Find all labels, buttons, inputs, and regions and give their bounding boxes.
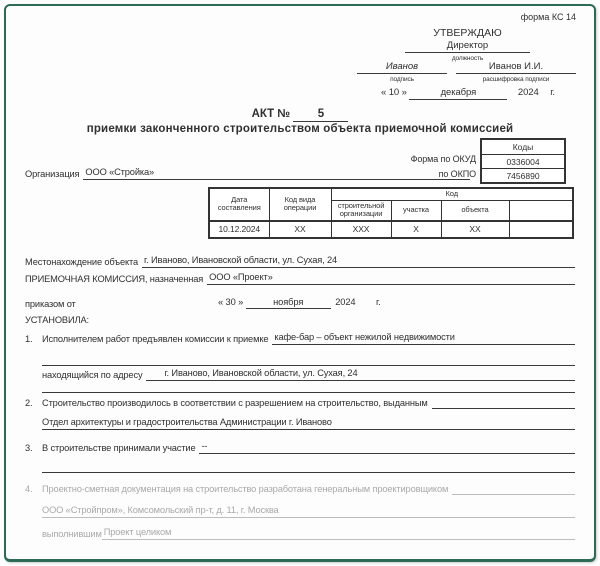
item-1-row: 1. Исполнителем работ предъявлен комисси… bbox=[25, 331, 575, 345]
location-label: Местонахождение объекта bbox=[25, 256, 142, 268]
order-date: « 30 » ноября 2024 г. bbox=[218, 297, 381, 309]
item-3-label: В строительстве принимали участие bbox=[42, 442, 199, 454]
item-1-blank-line bbox=[42, 352, 575, 366]
form-code-label: форма КС 14 bbox=[521, 12, 576, 22]
item-2-field-trailing bbox=[432, 407, 575, 409]
item-3-row: 3. В строительстве принимали участие -- bbox=[25, 440, 575, 454]
commission-label: ПРИЕМОЧНАЯ КОМИССИЯ, назначенная bbox=[25, 273, 207, 285]
item-1-label: Исполнителем работ предъявлен комиссии к… bbox=[42, 333, 272, 345]
item-3-number: 3. bbox=[25, 442, 42, 454]
info-table-subheader-empty bbox=[509, 200, 573, 221]
location-row: Местонахождение объекта г. Иваново, Иван… bbox=[25, 254, 575, 268]
item-4-field: ООО «Стройпром», Комсомольский пр-т, д. … bbox=[42, 504, 575, 518]
okpo-code-value: 7456890 bbox=[482, 168, 564, 182]
order-date-month-field: ноября bbox=[246, 297, 331, 309]
info-table-operation-value: ХХ bbox=[269, 221, 331, 238]
order-date-year: 2024 bbox=[335, 297, 355, 307]
act-title: АКТ № 5 bbox=[0, 108, 600, 122]
okud-label: Форма по ОКУД bbox=[340, 154, 476, 164]
item-1-field: кафе-бар – объект нежилой недвижимости bbox=[272, 331, 575, 345]
approval-date-day: « 10 » bbox=[381, 87, 407, 98]
approval-date: « 10 » декабря 2024 г. bbox=[381, 87, 555, 100]
item-4-performer-field: Проект целиком bbox=[102, 526, 575, 540]
item-2-label: Строительство производилось в соответств… bbox=[42, 397, 432, 409]
act-subtitle: приемки закoнченного строительством объе… bbox=[0, 123, 600, 135]
commission-row: ПРИЕМОЧНАЯ КОМИССИЯ, назначенная ООО «Пр… bbox=[25, 271, 575, 285]
info-table-subheader-object: объекта bbox=[441, 200, 509, 221]
approval-date-era: г. bbox=[550, 87, 555, 98]
approval-date-month-field: декабря bbox=[409, 87, 507, 100]
approval-date-year: 2024 bbox=[518, 87, 539, 98]
codes-box: Коды 0336004 7456890 bbox=[480, 138, 566, 184]
item-4-performer-label: выполнившим bbox=[42, 528, 102, 540]
info-table-empty-value bbox=[509, 221, 573, 238]
established-heading: УСТАНОВИЛА: bbox=[25, 314, 89, 326]
approval-title: УТВЕРЖДАЮ bbox=[405, 27, 530, 39]
okud-code-value: 0336004 bbox=[482, 154, 564, 168]
organization-label: Организация bbox=[25, 168, 83, 180]
item-2-value-row: Отдел архитектуры и градостроительства А… bbox=[42, 416, 575, 430]
info-table-code-group-header: Код bbox=[331, 188, 573, 200]
info-table-object-code-value: ХХ bbox=[441, 221, 509, 238]
approval-signature-field: Иванов bbox=[357, 60, 447, 74]
info-table-site-code-value: Х bbox=[391, 221, 441, 238]
approval-signature-caption: подпись bbox=[357, 76, 447, 83]
item-1-number: 1. bbox=[25, 333, 42, 345]
item-4-label: Проектно-сметная документация на строите… bbox=[42, 483, 452, 495]
item-4-row: 4. Проектно-сметная документация на стро… bbox=[25, 482, 575, 495]
approval-signature-name-caption: расшифровка подписи bbox=[456, 76, 576, 83]
info-table-subheader-org: строительной организации bbox=[331, 200, 391, 221]
order-date-era: г. bbox=[376, 297, 381, 307]
codes-box-header: Коды bbox=[482, 140, 564, 154]
commission-field: ООО «Проект» bbox=[207, 271, 575, 285]
item-4-field-trailing bbox=[452, 493, 575, 495]
act-number-field: 5 bbox=[293, 108, 348, 122]
item-2-field: Отдел архитектуры и градостроительства А… bbox=[42, 416, 575, 430]
item-2-number: 2. bbox=[25, 397, 42, 409]
approval-signature-name-field: Иванов И.И. bbox=[456, 60, 576, 74]
item-4-performer-row: выполнившим Проект целиком bbox=[42, 526, 575, 540]
organization-field: ООО «Стройка» bbox=[83, 166, 470, 180]
order-date-day: « 30 » bbox=[218, 297, 243, 307]
item-3-blank-line bbox=[42, 459, 575, 473]
info-table-date-header: Дата составления bbox=[209, 188, 269, 221]
item-3-field: -- bbox=[199, 440, 575, 454]
organization-row: Организация ООО «Стройка» bbox=[25, 166, 470, 180]
item-2-row: 2. Строительство производилось в соответ… bbox=[25, 396, 575, 409]
item-4-value-row: ООО «Стройпром», Комсомольский пр-т, д. … bbox=[42, 504, 575, 518]
info-table-date-value: 10.12.2024 bbox=[209, 221, 269, 238]
info-table-org-code-value: ХХХ bbox=[331, 221, 391, 238]
approval-position-field: Директор bbox=[405, 39, 530, 53]
item-4-number: 4. bbox=[25, 483, 42, 495]
info-table-subheader-site: участка bbox=[391, 200, 441, 221]
location-field: г. Иваново, Ивановской области, ул. Суха… bbox=[142, 254, 575, 268]
info-table: Дата составления Код вида операции Код с… bbox=[208, 187, 574, 239]
info-table-operation-header: Код вида операции bbox=[269, 188, 331, 221]
act-title-label: АКТ № bbox=[252, 108, 291, 120]
item-1-blank-line-2 bbox=[42, 379, 575, 393]
order-label: приказом от bbox=[25, 298, 76, 310]
